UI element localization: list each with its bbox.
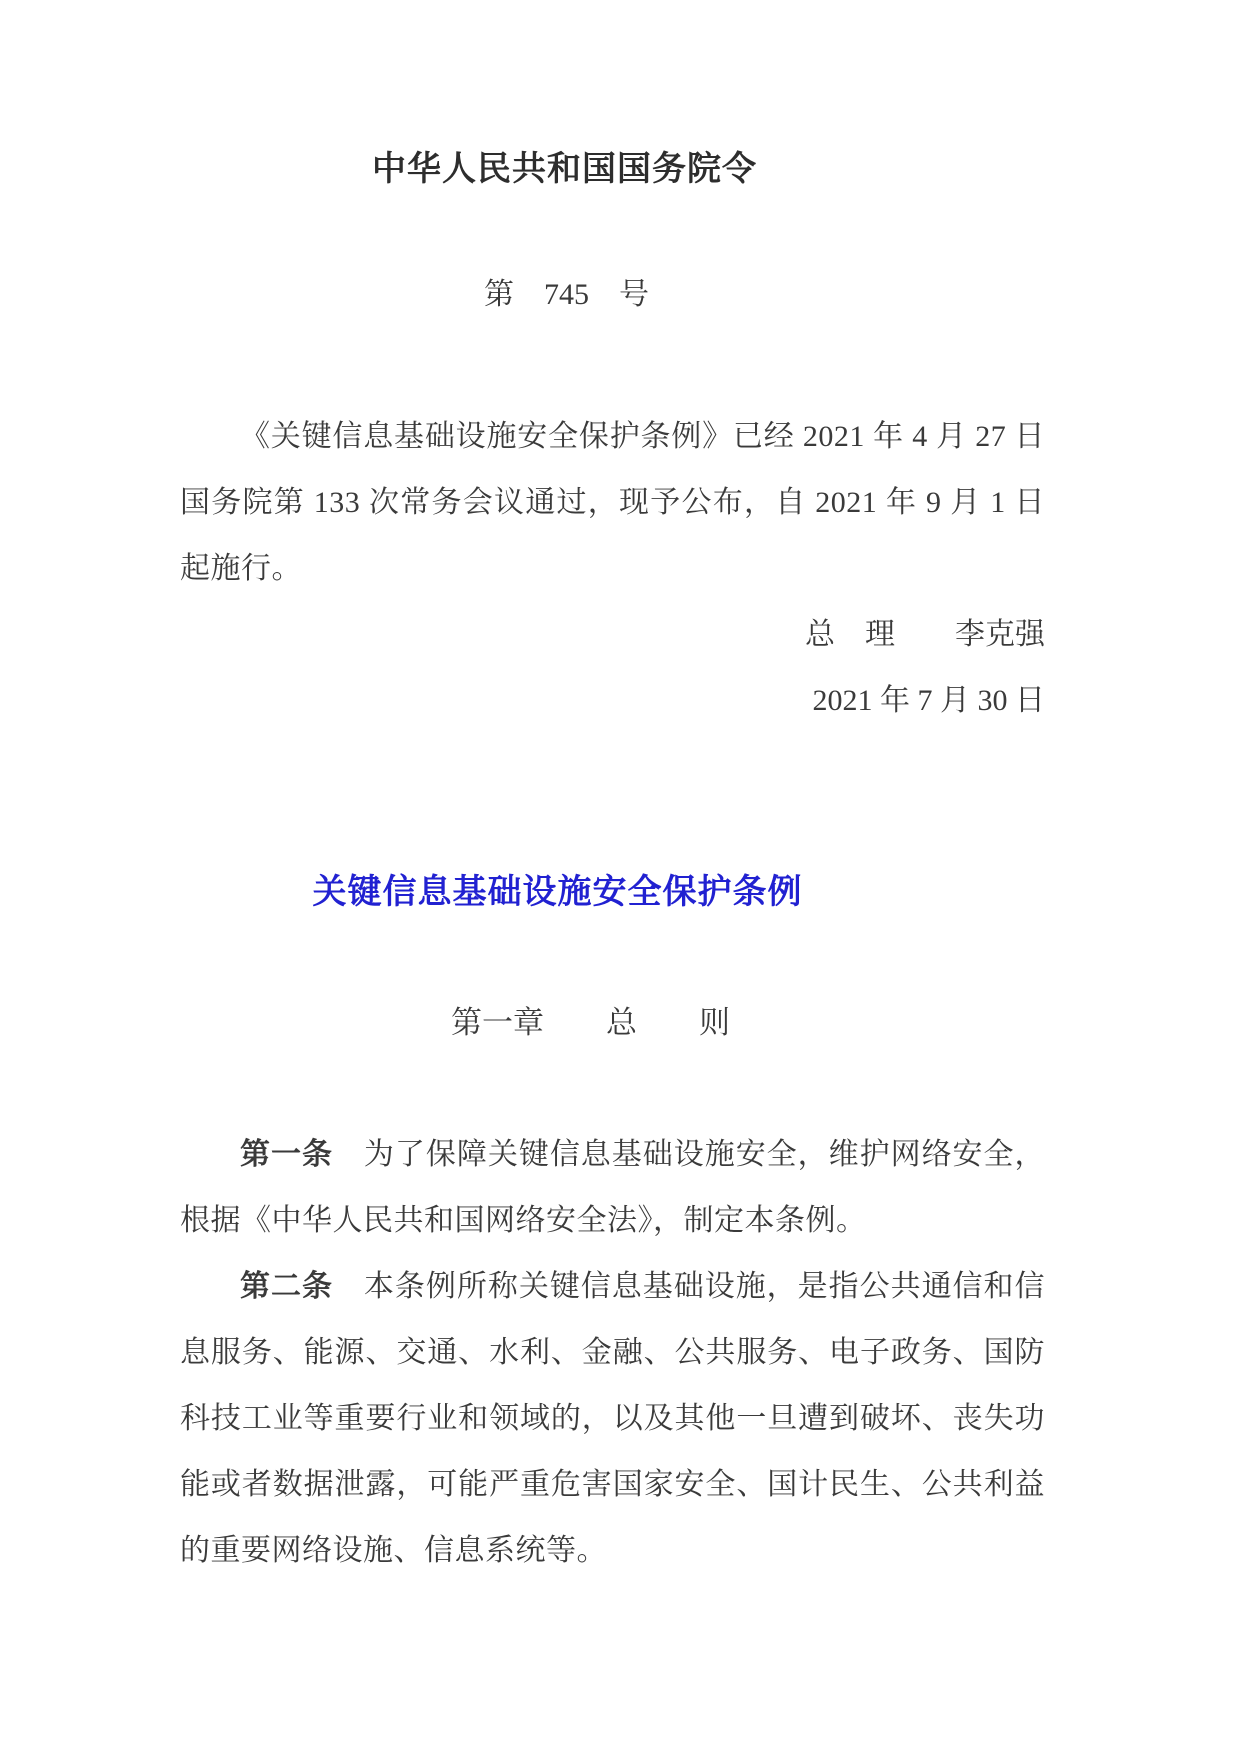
signature-date: 2021 年 7 月 30 日 [180,668,1045,734]
chapter-heading: 第一章 总 则 [158,1001,1023,1045]
article-term: 第二条 [240,1270,333,1303]
premier-signature: 总 理 李克强 [180,602,1045,668]
article-text: 本条例所称关键信息基础设施，是指公共通信和信 [333,1270,1045,1303]
article-line: 科技工业等重要行业和领域的，以及其他一旦遭到破坏、丧失功 [180,1386,1045,1452]
article-line: 息服务、能源、交通、水利、金融、公共服务、电子政务、国防 [180,1320,1045,1386]
article-paragraph: 第一条 为了保障关键信息基础设施安全，维护网络安全，根据《中华人民共和国网络安全… [180,1122,1045,1254]
decree-title: 中华人民共和国国务院令 [132,148,997,192]
articles-section: 第一条 为了保障关键信息基础设施安全，维护网络安全，根据《中华人民共和国网络安全… [180,1122,1045,1584]
announcement-line: 《关键信息基础设施安全保护条例》已经 2021 年 4 月 27 日 [180,404,1045,470]
article-line: 的重要网络设施、信息系统等。 [180,1518,1045,1584]
announcement-line: 国务院第 133 次常务会议通过，现予公布，自 2021 年 9 月 1 日 [180,470,1045,536]
article-text: 为了保障关键信息基础设施安全，维护网络安全， [333,1138,1045,1171]
decree-number: 第 745 号 [134,275,999,315]
announcement-line: 起施行。 [180,536,1045,602]
article-line: 第二条 本条例所称关键信息基础设施，是指公共通信和信 [180,1254,1045,1320]
article-line: 根据《中华人民共和国网络安全法》，制定本条例。 [180,1188,1045,1254]
document-page: 中华人民共和国国务院令 第 745 号 《关键信息基础设施安全保护条例》已经 2… [0,0,1240,1753]
article-line: 第一条 为了保障关键信息基础设施安全，维护网络安全， [180,1122,1045,1188]
regulation-title: 关键信息基础设施安全保护条例 [125,868,990,918]
announcement-paragraph: 《关键信息基础设施安全保护条例》已经 2021 年 4 月 27 日国务院第 1… [180,404,1045,602]
article-paragraph: 第二条 本条例所称关键信息基础设施，是指公共通信和信息服务、能源、交通、水利、金… [180,1254,1045,1584]
article-line: 能或者数据泄露，可能严重危害国家安全、国计民生、公共利益 [180,1452,1045,1518]
article-term: 第一条 [240,1138,333,1171]
